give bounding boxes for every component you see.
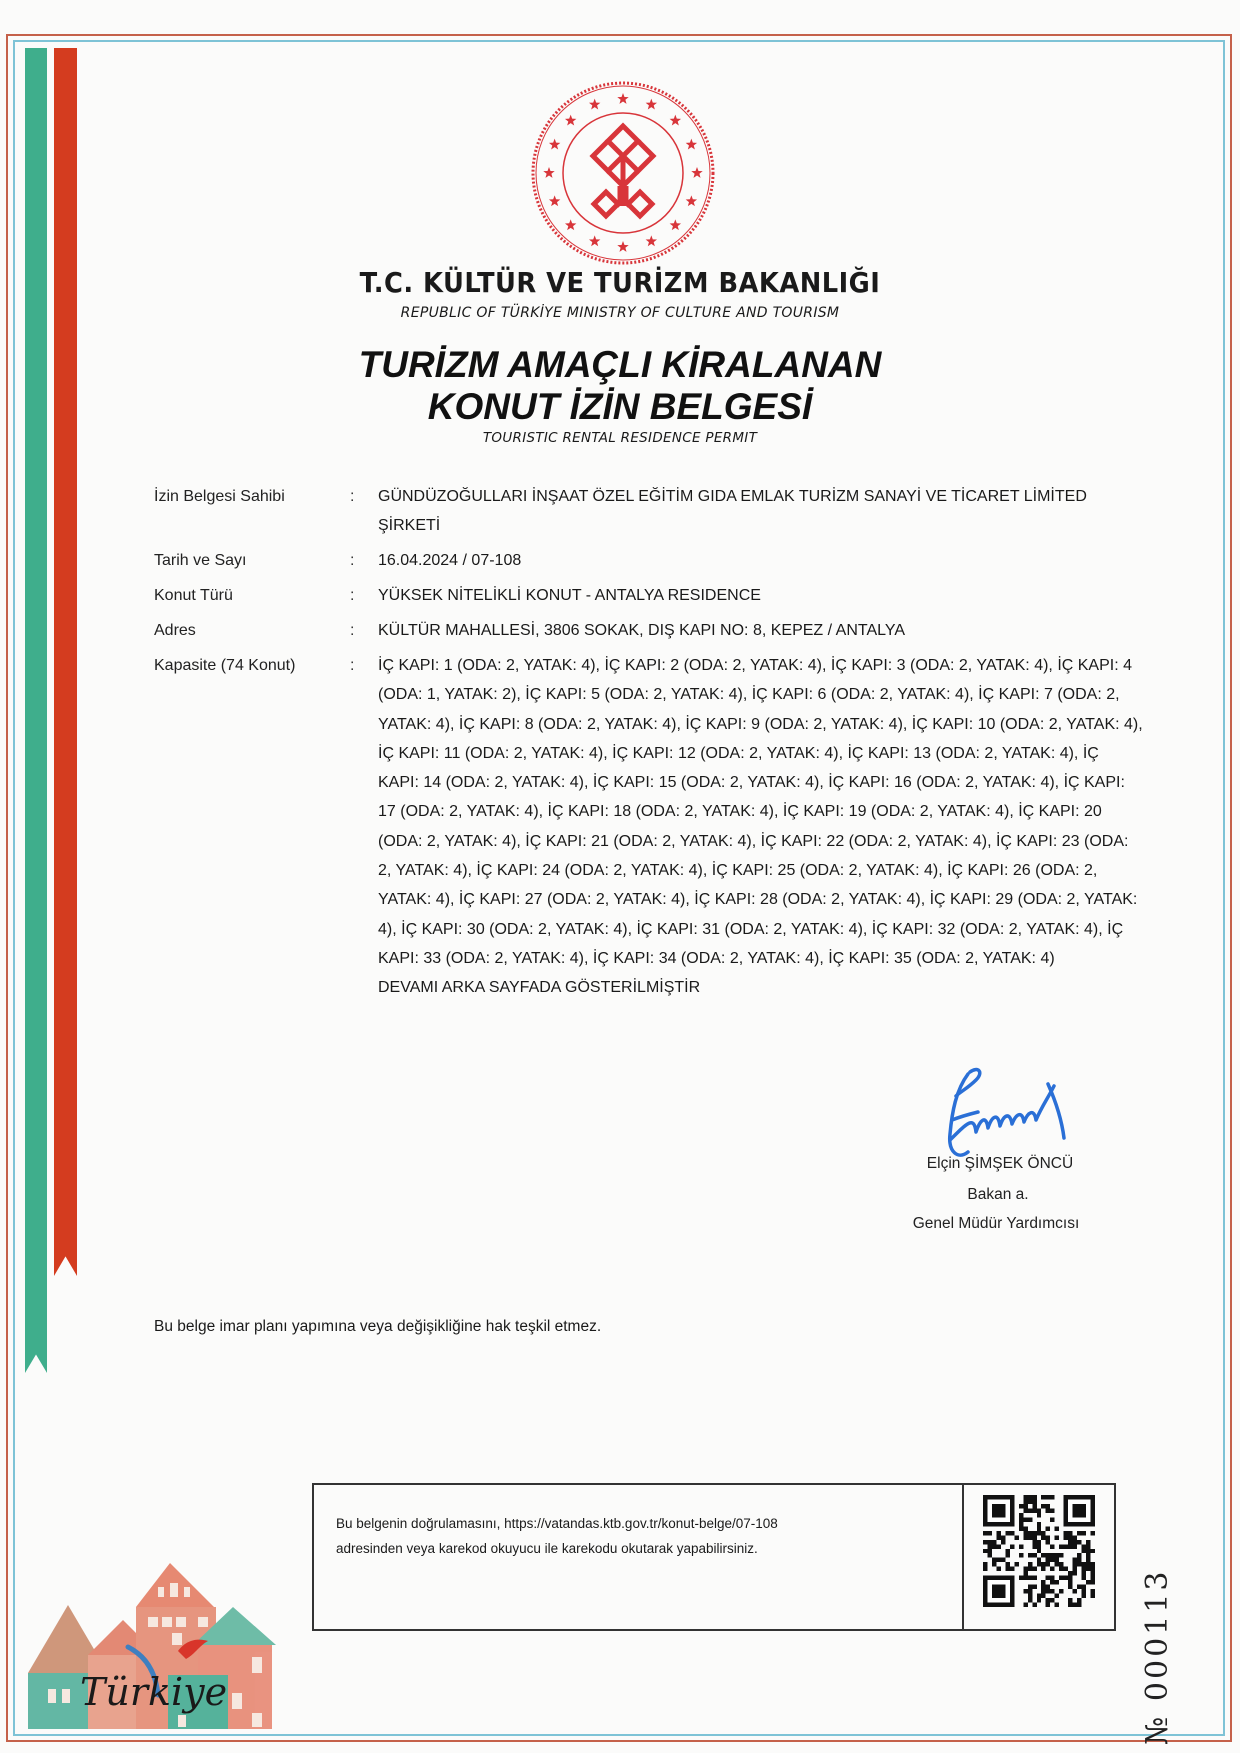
signatory-title-line2: Genel Müdür Yardımcısı xyxy=(866,1215,1126,1233)
field-label: Tarih ve Sayı xyxy=(154,546,350,575)
field-separator: : xyxy=(350,546,378,575)
field-separator: : xyxy=(350,482,378,540)
permit-title-english: TOURISTIC RENTAL RESIDENCE PERMIT xyxy=(0,430,1240,446)
permit-fields: İzin Belgesi Sahibi : GÜNDÜZOĞULLARI İNŞ… xyxy=(154,482,1144,1002)
signatory-name: Elçin ŞİMŞEK ÖNCÜ xyxy=(870,1155,1130,1173)
red-ribbon xyxy=(54,48,77,1276)
serial-number: № 000113 xyxy=(1140,1569,1175,1745)
turkiye-logo-text: Türkiye xyxy=(80,1670,227,1714)
qr-code-icon[interactable] xyxy=(983,1495,1095,1607)
field-value: İÇ KAPI: 1 (ODA: 2, YATAK: 4), İÇ KAPI: … xyxy=(378,651,1144,973)
ministry-title-english: REPUBLIC OF TÜRKİYE MINISTRY OF CULTURE … xyxy=(0,305,1240,321)
ministry-title: T.C. KÜLTÜR VE TURİZM BAKANLIĞI xyxy=(50,266,1191,299)
field-permit-holder: İzin Belgesi Sahibi : GÜNDÜZOĞULLARI İNŞ… xyxy=(154,482,1144,540)
verification-box: Bu belgenin doğrulamasını, https://vatan… xyxy=(312,1483,1116,1631)
field-value: 16.04.2024 / 07-108 xyxy=(378,546,1144,575)
field-separator: : xyxy=(350,581,378,610)
qr-cell xyxy=(964,1485,1114,1629)
permit-title-line2: KONUT İZİN BELGESİ xyxy=(0,386,1240,428)
field-capacity: Kapasite (74 Konut) : İÇ KAPI: 1 (ODA: 2… xyxy=(154,651,1144,973)
field-value: KÜLTÜR MAHALLESİ, 3806 SOKAK, DIŞ KAPI N… xyxy=(378,616,1144,645)
field-label: Kapasite (74 Konut) xyxy=(154,651,350,973)
signatory-title-line1: Bakan a. xyxy=(868,1186,1128,1204)
handwritten-signature-icon xyxy=(938,1062,1088,1170)
field-separator: : xyxy=(350,616,378,645)
verification-text-line2: adresinden veya karekod okuyucu ile kare… xyxy=(336,1536,962,1561)
field-value: GÜNDÜZOĞULLARI İNŞAAT ÖZEL EĞİTİM GIDA E… xyxy=(378,482,1144,540)
turkiye-houses-logo-icon: Türkiye xyxy=(18,1545,298,1731)
ministry-emblem-icon xyxy=(528,78,718,268)
field-label: Adres xyxy=(154,616,350,645)
verification-text: Bu belgenin doğrulamasını, https://vatan… xyxy=(314,1485,964,1629)
field-residence-type: Konut Türü : YÜKSEK NİTELİKLİ KONUT - AN… xyxy=(154,581,1144,610)
verification-text-line1: Bu belgenin doğrulamasını, https://vatan… xyxy=(336,1511,962,1536)
permit-title-line1: TURİZM AMAÇLI KİRALANAN xyxy=(0,344,1240,386)
field-label: Konut Türü xyxy=(154,581,350,610)
continued-note: DEVAMI ARKA SAYFADA GÖSTERİLMİŞTİR xyxy=(378,973,1144,1002)
field-date-number: Tarih ve Sayı : 16.04.2024 / 07-108 xyxy=(154,546,1144,575)
field-label: İzin Belgesi Sahibi xyxy=(154,482,350,540)
zoning-notice: Bu belge imar planı yapımına veya değişi… xyxy=(154,1318,601,1336)
green-ribbon xyxy=(25,48,47,1373)
field-separator: : xyxy=(350,651,378,973)
field-value: YÜKSEK NİTELİKLİ KONUT - ANTALYA RESIDEN… xyxy=(378,581,1144,610)
field-address: Adres : KÜLTÜR MAHALLESİ, 3806 SOKAK, DI… xyxy=(154,616,1144,645)
